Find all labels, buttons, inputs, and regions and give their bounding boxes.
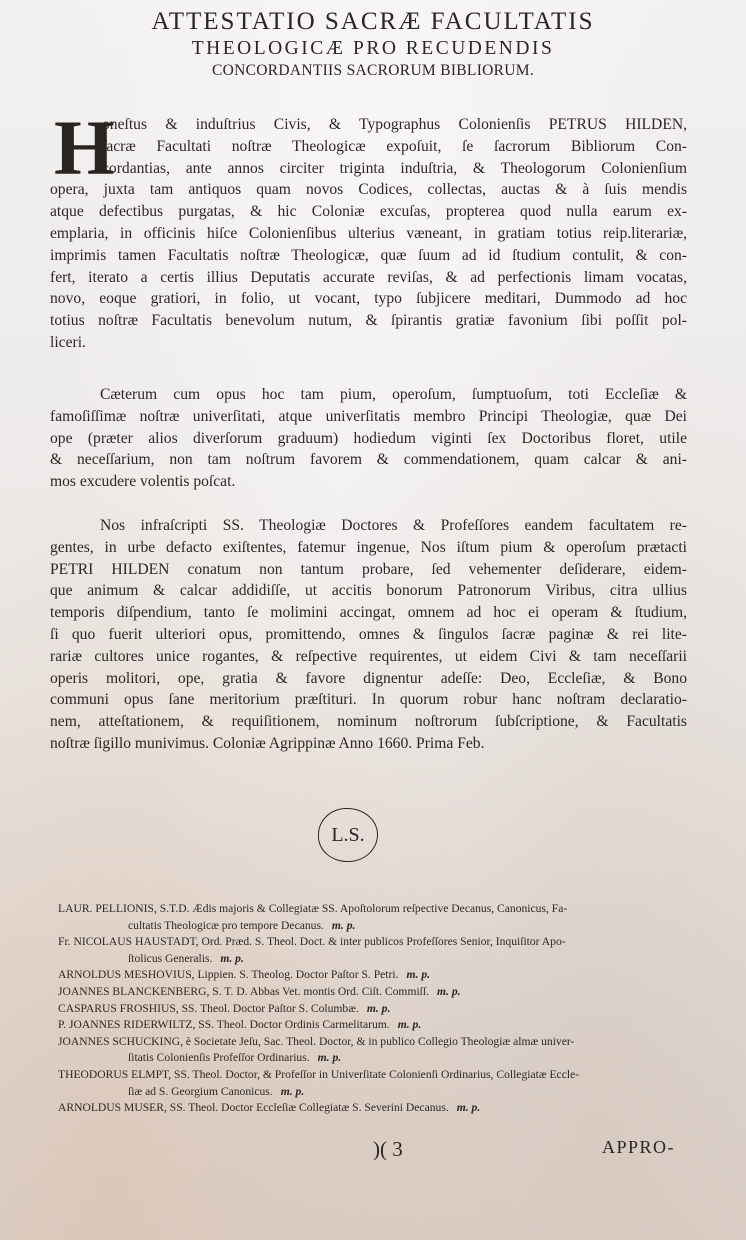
- signature-continuation-text: cultatis Theologicæ pro tempore Decanus.: [128, 919, 324, 932]
- drop-cap-initial: H: [54, 117, 115, 179]
- title-line-1: ATTESTATIO SACRÆ FACULTATIS: [0, 8, 746, 36]
- text-line: nem, atteſtationem, & requiſitionem, nom…: [50, 711, 687, 733]
- paragraph-1: H oneſtus & induſtrius Civis, & Typograp…: [50, 114, 687, 354]
- paragraph-3: Nos infraſcripti SS. Theologiæ Doctores …: [50, 515, 687, 755]
- text-line: communi opus ſane meritorium præſtituri.…: [50, 689, 687, 711]
- signature-continuation-text: ſitatis Colonienſis Profeſſor Ordinarius…: [128, 1051, 310, 1064]
- text-line: opera, juxta tam antiquos quam novos Cod…: [50, 179, 687, 201]
- manu-propria-mark: m. p.: [367, 1002, 391, 1015]
- signature-continuation: ſtolicus Generalis.m. p.: [58, 951, 688, 968]
- signature-name-text: CASPARUS FROSHIUS, SS. Theol. Doctor Paſ…: [58, 1002, 359, 1015]
- signature-entry: LAUR. PELLIONIS, S.T.D. Ædis majoris & C…: [58, 901, 688, 934]
- text-line: liceri.: [50, 332, 687, 354]
- text-line: totius noſtræ Facultatis benevolum nutum…: [50, 310, 687, 332]
- signature-list: LAUR. PELLIONIS, S.T.D. Ædis majoris & C…: [58, 901, 688, 1117]
- printer-signature-mark: )( 3: [373, 1137, 403, 1162]
- title-line-3: CONCORDANTIIS SACRORUM BIBLIORUM.: [0, 62, 746, 80]
- text-line: cordantias, ante annos circiter triginta…: [50, 158, 687, 180]
- signature-text: CASPARUS FROSHIUS, SS. Theol. Doctor Paſ…: [58, 1001, 688, 1018]
- text-line: emplaria, in officinis hiſce Colonienſib…: [50, 223, 687, 245]
- signature-entry: JOANNES SCHUCKING, è Societate Jeſu, Sac…: [58, 1034, 688, 1067]
- text-line: oneſtus & induſtrius Civis, & Typographu…: [50, 114, 687, 136]
- signature-continuation: cultatis Theologicæ pro tempore Decanus.…: [58, 918, 688, 935]
- document-page: ATTESTATIO SACRÆ FACULTATIS THEOLOGICÆ P…: [0, 0, 746, 1240]
- text-line: atque defectibus purgatas, & hic Coloniæ…: [50, 201, 687, 223]
- signature-text: THEODORUS ELMPT, SS. Theol. Doctor, & Pr…: [58, 1067, 688, 1084]
- seal-placeholder: L.S.: [318, 808, 378, 862]
- text-line: ſacræ Facultati noſtræ Theologicæ expoſu…: [50, 136, 687, 158]
- manu-propria-mark: m. p.: [398, 1018, 422, 1031]
- signature-text: P. JOANNES RIDERWILTZ, SS. Theol. Doctor…: [58, 1017, 688, 1034]
- text-line: ope (præter alios diverſorum graduum) ho…: [50, 428, 687, 450]
- signature-entry: ARNOLDUS MESHOVIUS, Lippien. S. Theolog.…: [58, 967, 688, 984]
- text-line: & neceſſarium, non tam noſtrum favorem &…: [50, 449, 687, 471]
- signature-text: ARNOLDUS MUSER, SS. Theol. Doctor Eccleſ…: [58, 1100, 688, 1117]
- manu-propria-mark: m. p.: [457, 1101, 481, 1114]
- text-line: imprimis tamen Facultatis noſtræ Theolog…: [50, 245, 687, 267]
- text-line: mos excudere volentis poſcat.: [50, 471, 687, 493]
- signature-text: ARNOLDUS MESHOVIUS, Lippien. S. Theolog.…: [58, 967, 688, 984]
- manu-propria-mark: m. p.: [407, 968, 431, 981]
- signature-continuation-text: ſiæ ad S. Georgium Canonicus.: [128, 1085, 273, 1098]
- catchword: APPRO-: [602, 1137, 675, 1158]
- manu-propria-mark: m. p.: [281, 1085, 305, 1098]
- signature-text: JOANNES SCHUCKING, è Societate Jeſu, Sac…: [58, 1034, 688, 1051]
- signature-entry: THEODORUS ELMPT, SS. Theol. Doctor, & Pr…: [58, 1067, 688, 1100]
- signature-name-text: ARNOLDUS MESHOVIUS, Lippien. S. Theolog.…: [58, 968, 399, 981]
- signature-name-text: ARNOLDUS MUSER, SS. Theol. Doctor Eccleſ…: [58, 1101, 449, 1114]
- seal-label: L.S.: [331, 824, 364, 847]
- signature-text: JOANNES BLANCKENBERG, S. T. D. Abbas Vet…: [58, 984, 688, 1001]
- text-line: rariæ cultores unice rogantes, & reſpect…: [50, 646, 687, 668]
- signature-entry: CASPARUS FROSHIUS, SS. Theol. Doctor Paſ…: [58, 1001, 688, 1018]
- signature-name-text: JOANNES BLANCKENBERG, S. T. D. Abbas Vet…: [58, 985, 429, 998]
- signature-text: Fr. NICOLAUS HAUSTADT, Ord. Præd. S. The…: [58, 934, 688, 951]
- text-line: gentes, in urbe defacto exiſtentes, fate…: [50, 537, 687, 559]
- text-line: temporis diſpendium, tanto ſe molimini a…: [50, 602, 687, 624]
- signature-name-text: P. JOANNES RIDERWILTZ, SS. Theol. Doctor…: [58, 1018, 390, 1031]
- text-line: que animum & calcar addidiſſe, ut acciti…: [50, 580, 687, 602]
- text-line: ſi quo fuerit ulteriori opus, promittend…: [50, 624, 687, 646]
- signature-entry: ARNOLDUS MUSER, SS. Theol. Doctor Eccleſ…: [58, 1100, 688, 1117]
- text-line: operis molitori, ope, gratia & favore di…: [50, 668, 687, 690]
- text-line: PETRI HILDEN conatum non tantum probare,…: [50, 559, 687, 581]
- paragraph-2: Cæterum cum opus hoc tam pium, operoſum,…: [50, 384, 687, 493]
- signature-continuation: ſiæ ad S. Georgium Canonicus.m. p.: [58, 1084, 688, 1101]
- manu-propria-mark: m. p.: [318, 1051, 342, 1064]
- signature-entry: JOANNES BLANCKENBERG, S. T. D. Abbas Vet…: [58, 984, 688, 1001]
- text-line: novo, eoque gratiori, in folio, ut vocan…: [50, 288, 687, 310]
- title-line-2: THEOLOGICÆ PRO RECUDENDIS: [0, 38, 746, 60]
- text-line: famoſiſſimæ noſtræ univerſitati, atque u…: [50, 406, 687, 428]
- signature-entry: Fr. NICOLAUS HAUSTADT, Ord. Præd. S. The…: [58, 934, 688, 967]
- text-line: fert, iterato a certis illius Deputatis …: [50, 267, 687, 289]
- signature-entry: P. JOANNES RIDERWILTZ, SS. Theol. Doctor…: [58, 1017, 688, 1034]
- manu-propria-mark: m. p.: [332, 919, 356, 932]
- signature-continuation-text: ſtolicus Generalis.: [128, 952, 212, 965]
- manu-propria-mark: m. p.: [437, 985, 461, 998]
- manu-propria-mark: m. p.: [220, 952, 244, 965]
- text-line: Cæterum cum opus hoc tam pium, operoſum,…: [50, 384, 687, 406]
- text-line: noſtræ ſigillo munivimus. Coloniæ Agripp…: [50, 733, 687, 755]
- text-line: Nos infraſcripti SS. Theologiæ Doctores …: [50, 515, 687, 537]
- signature-continuation: ſitatis Colonienſis Profeſſor Ordinarius…: [58, 1050, 688, 1067]
- signature-text: LAUR. PELLIONIS, S.T.D. Ædis majoris & C…: [58, 901, 688, 918]
